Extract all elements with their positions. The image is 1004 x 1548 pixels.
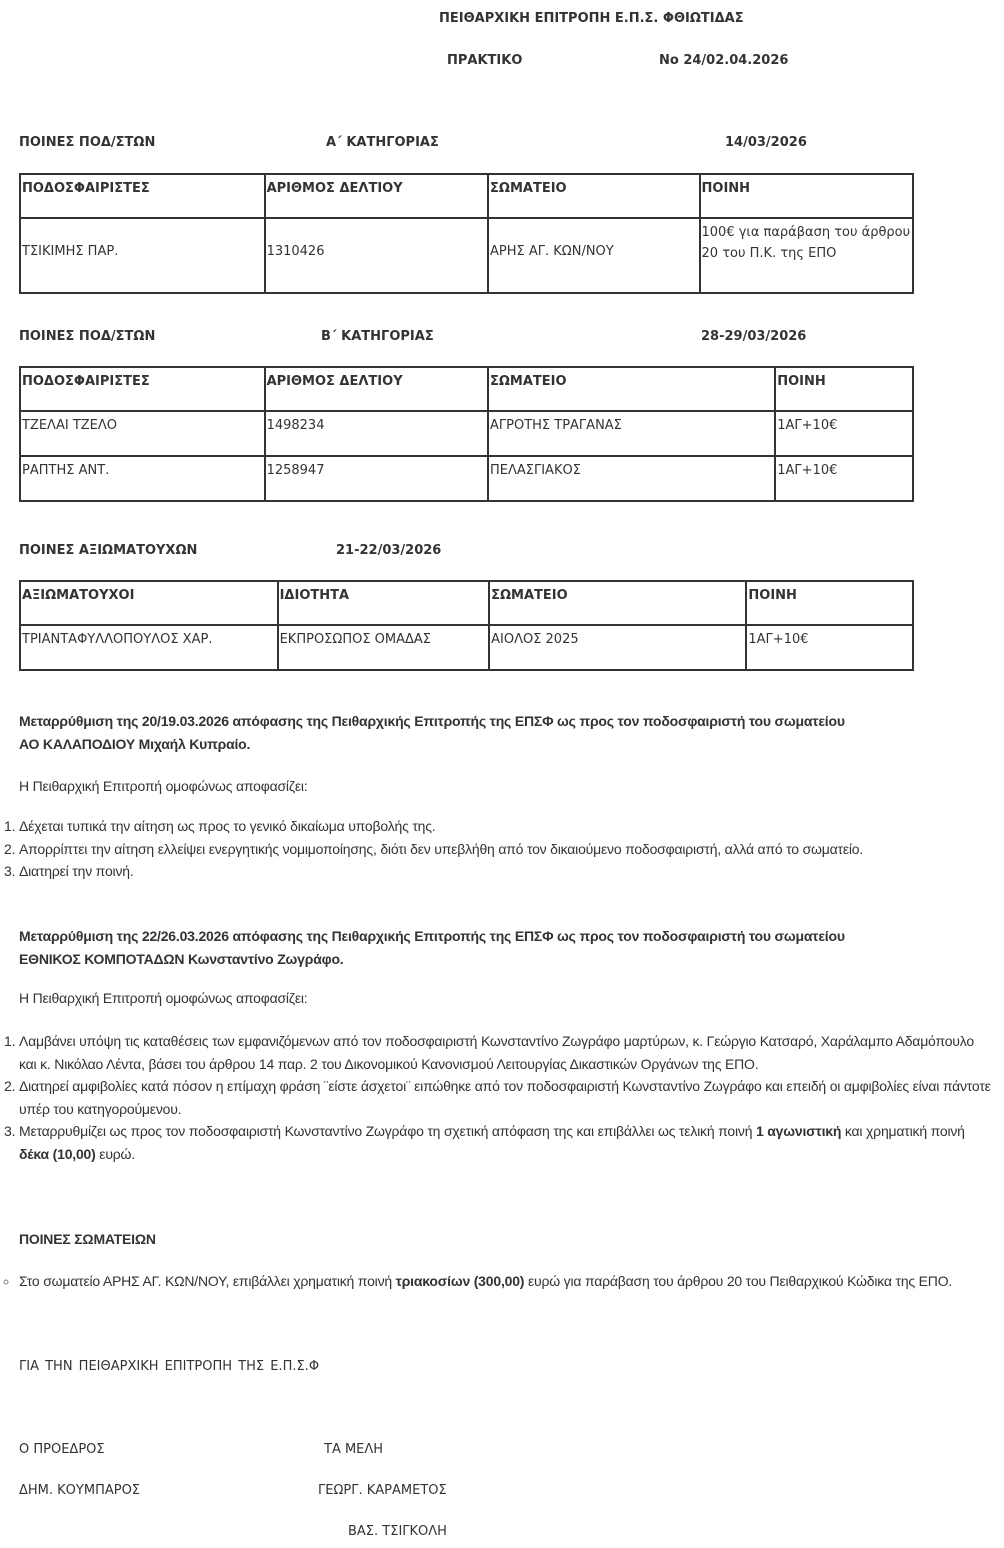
section-a-date: 14/03/2026 [725,135,807,150]
officials-title: ΠΟΙΝΕΣ ΑΞΙΩΜΑΤΟΥΧΩΝ [19,543,197,558]
president-label: Ο ΠΡΟΕΔΡΟΣ [19,1442,105,1457]
table-row: ΤΡΙΑΝΤΑΦΥΛΛΟΠΟΥΛΟΣ ΧΑΡ. ΕΚΠΡΟΣΩΠΟΣ ΟΜΑΔΑ… [20,625,913,670]
table-header-row: ΑΞΙΩΜΑΤΟΥΧΟΙ ΙΔΙΟΤΗΤΑ ΣΩΜΑΤΕΙΟ ΠΟΙΝΗ [20,581,913,625]
column-header: ΙΔΙΟΤΗΤΑ [278,581,490,625]
column-header: ΣΩΜΑΤΕΙΟ [488,174,700,218]
decision-2-list: Λαμβάνει υπόψη τις καταθέσεις των εμφανι… [0,1030,994,1165]
decision-1-intro: Η Πειθαρχική Επιτροπή ομοφώνως αποφασίζε… [19,775,994,798]
doc-label: ΠΡΑΚΤΙΚΟ [447,53,522,68]
president-name: ΔΗΜ. ΚΟΥΜΠΑΡΟΣ [19,1483,140,1498]
penalty: 1ΑΓ+10€ [746,625,913,670]
decision-1-heading: Μεταρρύθμιση της 20/19.03.2026 απόφασης … [19,710,994,755]
section-b-table: ΠΟΔΟΣΦΑΙΡΙΣΤΕΣ ΑΡΙΘΜΟΣ ΔΕΛΤΙΟΥ ΣΩΜΑΤΕΙΟ … [19,366,914,502]
official-role: ΕΚΠΡΟΣΩΠΟΣ ΟΜΑΔΑΣ [278,625,490,670]
club-fine-amount: τριακοσίων (300,00) [396,1273,525,1289]
section-a-category: Α΄ ΚΑΤΗΓΟΡΙΑΣ [326,135,439,150]
members-label: ΤΑ ΜΕΛΗ [324,1442,383,1457]
club-name: ΑΓΡΟΤΗΣ ΤΡΑΓΑΝΑΣ [488,411,775,456]
member-2-name: ΒΑΣ. ΤΣΙΓΚΟΛΗ [348,1524,447,1539]
doc-number: Νο 24/02.04.2026 [659,53,788,68]
officials-table: ΑΞΙΩΜΑΤΟΥΧΟΙ ΙΔΙΟΤΗΤΑ ΣΩΜΑΤΕΙΟ ΠΟΙΝΗ ΤΡΙ… [19,580,914,671]
column-header: ΑΡΙΘΜΟΣ ΔΕΛΤΙΟΥ [265,367,488,411]
list-item: Μεταρρυθμίζει ως προς τον ποδοσφαιριστή … [19,1120,994,1165]
official-name: ΤΡΙΑΝΤΑΦΥΛΛΟΠΟΥΛΟΣ ΧΑΡ. [20,625,278,670]
table-row: ΤΖΕΛΑΙ ΤΖΕΛΟ 1498234 ΑΓΡΟΤΗΣ ΤΡΑΓΑΝΑΣ 1Α… [20,411,913,456]
list-item: Απορρίπτει την αίτηση ελλείψει ενεργητικ… [19,838,994,861]
list-item: Διατηρεί την ποινή. [19,860,994,883]
column-header: ΣΩΜΑΤΕΙΟ [488,367,775,411]
org-title: ΠΕΙΘΑΡΧΙΚΗ ΕΠΙΤΡΟΠΗ Ε.Π.Σ. ΦΘΙΩΤΙΔΑΣ [439,11,744,26]
list-item: Διατηρεί αμφιβολίες κατά πόσον η επίμαχη… [19,1075,994,1120]
club-penalties-list: Στο σωματείο ΑΡΗΣ ΑΓ. ΚΩΝ/ΝΟΥ, επιβάλλει… [0,1270,994,1293]
section-b-title: ΠΟΙΝΕΣ ΠΟΔ/ΣΤΩΝ [19,329,155,344]
column-header: ΠΟΙΝΗ [700,174,913,218]
club-name: ΠΕΛΑΣΓΙΑΚΟΣ [488,456,775,501]
column-header: ΑΞΙΩΜΑΤΟΥΧΟΙ [20,581,278,625]
player-name: ΤΣΙΚΙΜΗΣ ΠΑΡ. [20,218,265,293]
penalty: 1ΑΓ+10€ [775,456,913,501]
player-name: ΡΑΠΤΗΣ ΑΝΤ. [20,456,265,501]
column-header: ΑΡΙΘΜΟΣ ΔΕΛΤΙΟΥ [265,174,488,218]
final-penalty-fine: δέκα (10,00) [19,1146,96,1162]
player-name: ΤΖΕΛΑΙ ΤΖΕΛΟ [20,411,265,456]
for-committee: ΓΙΑ ΤΗΝ ΠΕΙΘΑΡΧΙΚΗ ΕΠΙΤΡΟΠΗ ΤΗΣ Ε.Π.Σ.Φ [19,1359,319,1374]
column-header: ΠΟΔΟΣΦΑΙΡΙΣΤΕΣ [20,174,265,218]
club-penalties-title: ΠΟΙΝΕΣ ΣΩΜΑΤΕΙΩΝ [19,1228,994,1251]
table-row: ΡΑΠΤΗΣ ΑΝΤ. 1258947 ΠΕΛΑΣΓΙΑΚΟΣ 1ΑΓ+10€ [20,456,913,501]
list-item: Λαμβάνει υπόψη τις καταθέσεις των εμφανι… [19,1030,994,1075]
section-a-table: ΠΟΔΟΣΦΑΙΡΙΣΤΕΣ ΑΡΙΘΜΟΣ ΔΕΛΤΙΟΥ ΣΩΜΑΤΕΙΟ … [19,173,914,294]
officials-date: 21-22/03/2026 [336,543,441,558]
column-header: ΠΟΙΝΗ [746,581,913,625]
club-name: ΑΙΟΛΟΣ 2025 [489,625,746,670]
card-number: 1258947 [265,456,488,501]
decision-2-heading-line2: ΕΘΝΙΚΟΣ ΚΟΜΠΟΤΑΔΩΝ Κωνσταντίνο Ζωγράφο. [19,948,994,971]
decision-2-heading: Μεταρρύθμιση της 22/26.03.2026 απόφασης … [19,925,994,970]
card-number: 1310426 [265,218,488,293]
decision-2-intro: Η Πειθαρχική Επιτροπή ομοφώνως αποφασίζε… [19,987,994,1010]
decision-2-heading-line1: Μεταρρύθμιση της 22/26.03.2026 απόφασης … [19,925,994,948]
column-header: ΣΩΜΑΤΕΙΟ [489,581,746,625]
table-header-row: ΠΟΔΟΣΦΑΙΡΙΣΤΕΣ ΑΡΙΘΜΟΣ ΔΕΛΤΙΟΥ ΣΩΜΑΤΕΙΟ … [20,174,913,218]
club-name: ΑΡΗΣ ΑΓ. ΚΩΝ/ΝΟΥ [488,218,700,293]
column-header: ΠΟΙΝΗ [775,367,913,411]
list-item: Δέχεται τυπικά την αίτηση ως προς το γεν… [19,815,994,838]
final-penalty-matches: 1 αγωνιστική [756,1123,841,1139]
penalty: 100€ για παράβαση του άρθρου 20 του Π.Κ.… [700,218,913,293]
section-a-title: ΠΟΙΝΕΣ ΠΟΔ/ΣΤΩΝ [19,135,155,150]
penalty: 1ΑΓ+10€ [775,411,913,456]
table-row: ΤΣΙΚΙΜΗΣ ΠΑΡ. 1310426 ΑΡΗΣ ΑΓ. ΚΩΝ/ΝΟΥ 1… [20,218,913,293]
table-header-row: ΠΟΔΟΣΦΑΙΡΙΣΤΕΣ ΑΡΙΘΜΟΣ ΔΕΛΤΙΟΥ ΣΩΜΑΤΕΙΟ … [20,367,913,411]
list-item: Στο σωματείο ΑΡΗΣ ΑΓ. ΚΩΝ/ΝΟΥ, επιβάλλει… [19,1270,994,1293]
decision-1-heading-line1: Μεταρρύθμιση της 20/19.03.2026 απόφασης … [19,710,994,733]
decision-1-list: Δέχεται τυπικά την αίτηση ως προς το γεν… [0,815,994,883]
column-header: ΠΟΔΟΣΦΑΙΡΙΣΤΕΣ [20,367,265,411]
section-b-category: Β΄ ΚΑΤΗΓΟΡΙΑΣ [321,329,434,344]
decision-1-heading-line2: ΑΟ ΚΑΛΑΠΟΔΙΟΥ Μιχαήλ Κυπραίο. [19,733,994,756]
card-number: 1498234 [265,411,488,456]
section-b-date: 28-29/03/2026 [701,329,806,344]
member-1-name: ΓΕΩΡΓ. ΚΑΡΑΜΕΤΟΣ [318,1483,447,1498]
